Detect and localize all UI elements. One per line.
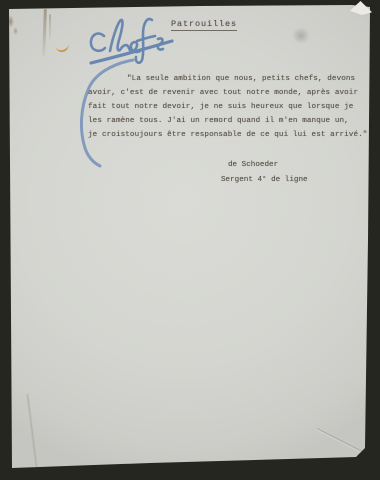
attribution-rank: Sergent 4° de ligne xyxy=(221,176,308,184)
quote-paragraph: "La seule ambition que nous, petits chef… xyxy=(88,72,372,142)
quote-line: avoir, c'est de revenir avec tout notre … xyxy=(88,86,372,100)
orange-pencil-mark xyxy=(55,43,69,54)
quote-line: "La seule ambition que nous, petits chef… xyxy=(88,72,372,86)
handwritten-chefs-annotation xyxy=(91,19,172,63)
quote-line: je croistoujours être responsable de ce … xyxy=(88,128,372,142)
paper-crease xyxy=(26,394,37,474)
fiber-streak xyxy=(42,9,47,57)
rust-stain xyxy=(13,27,18,35)
quote-line: les ramène tous. J'ai un remord quand il… xyxy=(88,114,372,128)
page-title: Patrouilles xyxy=(171,19,237,31)
rust-stain xyxy=(7,15,14,28)
paper-sheet: Patrouilles "La seule ambition que nous,… xyxy=(0,0,380,480)
paper-crease xyxy=(317,428,366,454)
attribution-author: de Schoeder xyxy=(228,161,278,169)
fiber-streak xyxy=(49,14,51,40)
ink-smudge xyxy=(292,27,310,44)
quote-line: fait tout notre devoir, je ne suis heure… xyxy=(88,100,372,114)
